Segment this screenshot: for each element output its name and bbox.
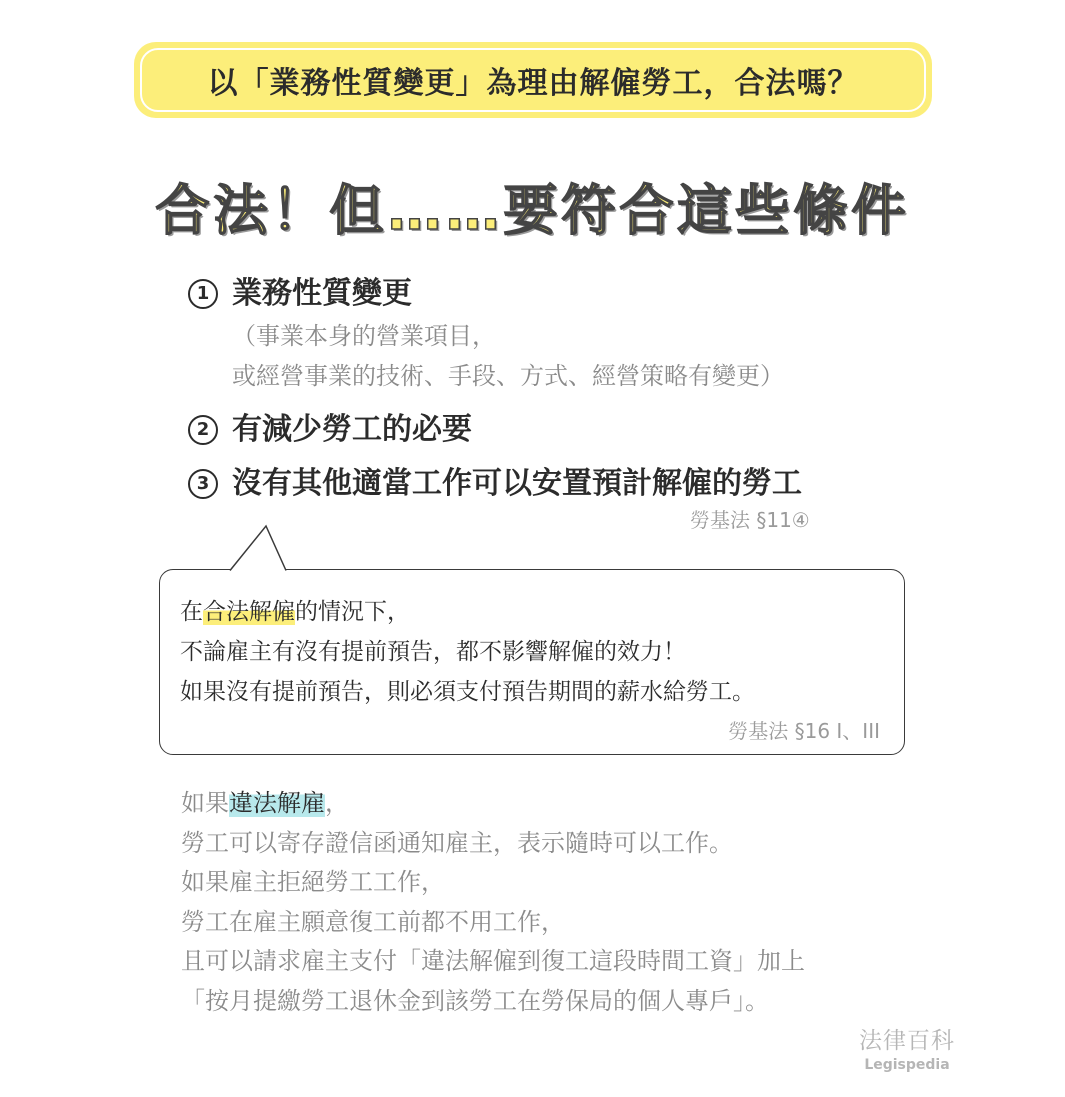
condition-item-1: 1 業務性質變更 <box>188 272 878 316</box>
highlight-legal-dismissal: 合法解僱 <box>203 599 295 625</box>
circled-number-1: 1 <box>188 279 218 309</box>
illegal-line-1-suffix: ， <box>325 789 349 817</box>
condition-item-2: 2 有減少勞工的必要 <box>188 408 878 452</box>
condition-note-line: （事業本身的營業項目， <box>188 316 878 356</box>
brand-name-en: Legispedia <box>852 1056 962 1074</box>
bubble-line-3: 如果沒有提前預告，則必須支付預告期間的薪水給勞工。 <box>180 672 755 712</box>
highlight-illegal-dismissal: 違法解雇 <box>229 789 325 817</box>
condition-label: 沒有其他適當工作可以安置預計解僱的勞工 <box>232 462 802 506</box>
condition-label: 業務性質變更 <box>232 272 412 316</box>
bubble-line-1: 在合法解僱的情況下， <box>180 592 755 632</box>
speech-bubble-tail-icon <box>228 522 298 572</box>
citation-labor-act-11: 勞基法 §11④ <box>690 504 810 533</box>
title-text: 以「業務性質變更」為理由解僱勞工，合法嗎？ <box>140 48 926 112</box>
speech-bubble: 在合法解僱的情況下， 不論雇主有沒有提前預告，都不影響解僱的效力！ 如果沒有提前… <box>159 569 905 755</box>
illegal-dismissal-section: 如果違法解雇， 勞工可以寄存證信函通知雇主，表示隨時可以工作。 如果雇主拒絕勞工… <box>181 784 805 1021</box>
bubble-text: 在合法解僱的情況下， 不論雇主有沒有提前預告，都不影響解僱的效力！ 如果沒有提前… <box>180 592 755 712</box>
illegal-line-1: 如果違法解雇， <box>181 784 805 824</box>
headline: 合法！但……要符合這些條件 <box>125 168 940 245</box>
condition-note-line: 或經營事業的技術、手段、方式、經營策略有變更） <box>188 356 878 396</box>
illegal-line: 勞工可以寄存證信函通知雇主，表示隨時可以工作。 <box>181 824 805 864</box>
illegal-line: 且可以請求雇主支付「違法解僱到復工這段時間工資」加上 <box>181 942 805 982</box>
title-banner: 以「業務性質變更」為理由解僱勞工，合法嗎？ <box>134 42 932 118</box>
brand-name-zh: 法律百科 <box>852 1026 962 1056</box>
circled-number-2: 2 <box>188 415 218 445</box>
condition-label: 有減少勞工的必要 <box>232 408 472 452</box>
illegal-line-1-prefix: 如果 <box>181 789 229 817</box>
illegal-line: 如果雇主拒絕勞工工作， <box>181 863 805 903</box>
illegal-line: 「按月提繳勞工退休金到該勞工在勞保局的個人專戶」。 <box>181 982 805 1022</box>
citation-labor-act-16: 勞基法 §16 I、III <box>728 715 880 744</box>
circled-number-3: 3 <box>188 469 218 499</box>
condition-item-3: 3 沒有其他適當工作可以安置預計解僱的勞工 <box>188 462 878 506</box>
bubble-line-2: 不論雇主有沒有提前預告，都不影響解僱的效力！ <box>180 632 755 672</box>
brand-logo: 法律百科 Legispedia <box>852 1026 962 1074</box>
conditions-list: 1 業務性質變更 （事業本身的營業項目， 或經營事業的技術、手段、方式、經營策略… <box>188 272 878 506</box>
bubble-line-1-prefix: 在 <box>180 599 203 625</box>
illegal-line: 勞工在雇主願意復工前都不用工作， <box>181 903 805 943</box>
bubble-line-1-suffix: 的情況下， <box>295 599 410 625</box>
